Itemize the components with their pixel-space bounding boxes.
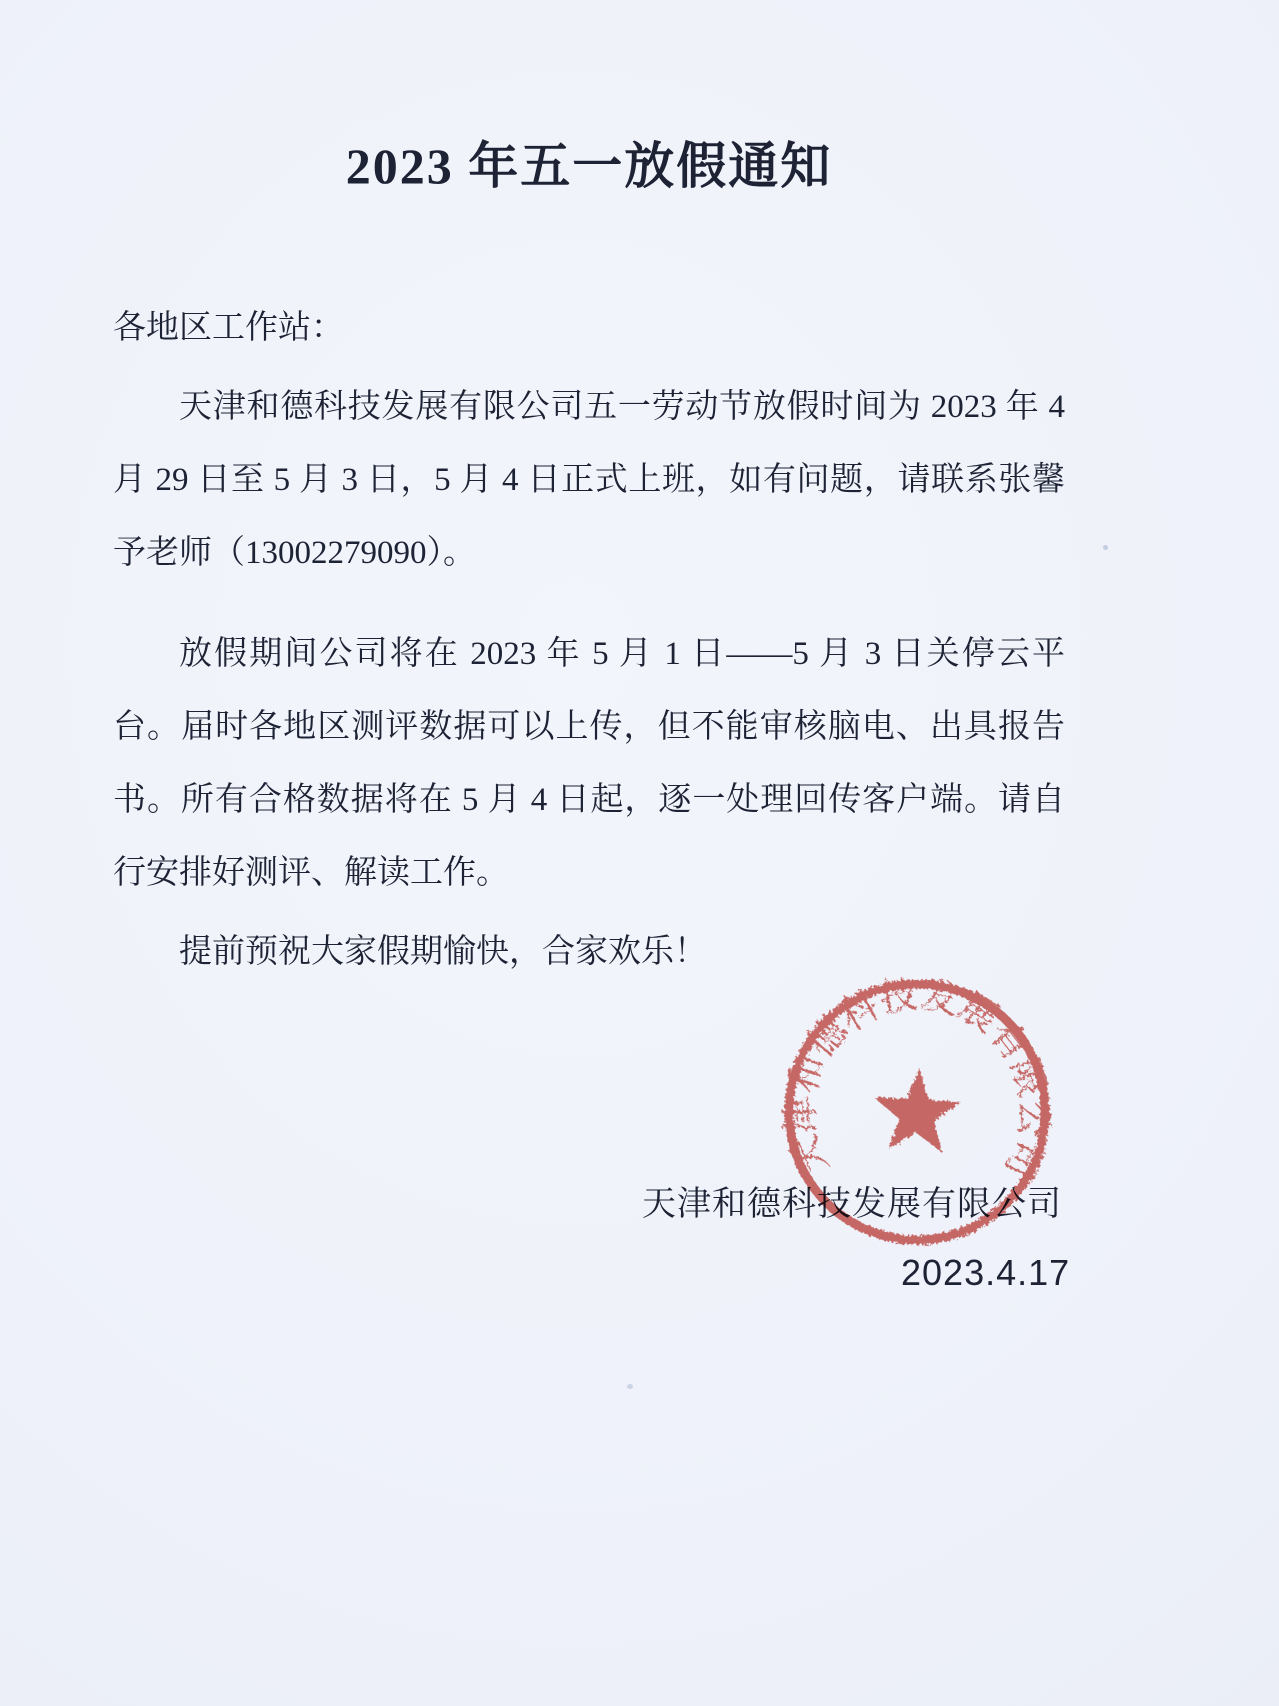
paragraph-platform-shutdown: 放假期间公司将在 2023 年 5 月 1 日——5 月 3 日关停云平台。届时…: [113, 618, 1065, 910]
photo-speck: [1103, 545, 1108, 550]
star-icon: [871, 1066, 963, 1154]
document-body: 各地区工作站： 天津和德科技发展有限公司五一劳动节放假时间为 2023 年 4 …: [113, 292, 1065, 989]
page-title: 2023 年五一放假通知: [113, 126, 1065, 198]
photo-speck: [627, 1384, 633, 1389]
salutation: 各地区工作站：: [113, 292, 1065, 365]
paragraph-holiday-dates: 天津和德科技发展有限公司五一劳动节放假时间为 2023 年 4 月 29 日至 …: [113, 371, 1065, 590]
notice-document: 2023 年五一放假通知 各地区工作站： 天津和德科技发展有限公司五一劳动节放假…: [0, 0, 1279, 1706]
company-seal-stamp: 天津和德科技发展有限公司: [765, 960, 1070, 1265]
